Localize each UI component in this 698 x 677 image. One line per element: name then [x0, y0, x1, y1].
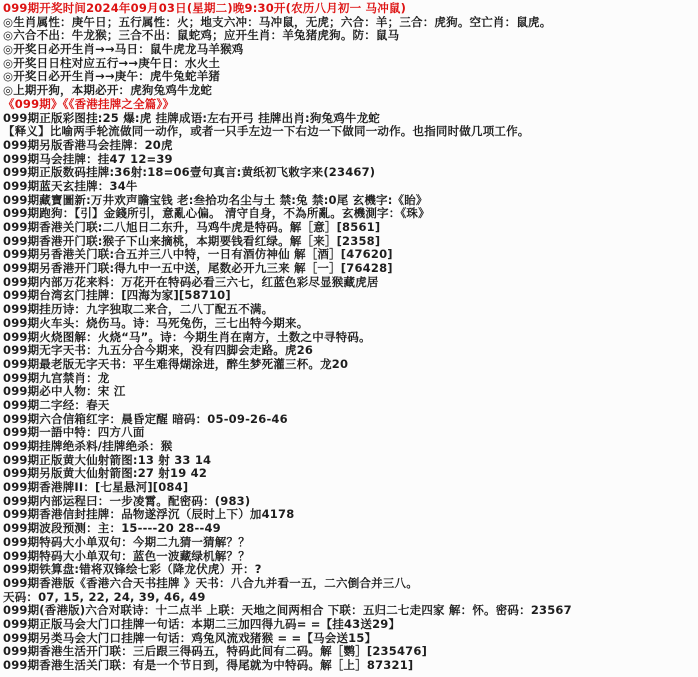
info-line: 099期香港生活关门联：有是一个节日到，得尾就为中特码。解［上］87321]	[3, 659, 698, 673]
info-line: 《099期》《《香港挂牌之全篇》》	[3, 98, 698, 112]
info-line: ◎开奖日必开生肖→→马日：鼠牛虎龙马羊猴鸡	[3, 43, 698, 57]
info-line: ◎上期开狗，本期必开：虎狗兔鸡牛龙蛇	[3, 84, 698, 98]
info-line: 099期火烧图解：火烧“马”。诗：今期生肖在南方，土数之中寻特码。	[3, 331, 698, 345]
info-line: 099期另版香港马会挂牌：20虎	[3, 139, 698, 153]
info-line: 099期另版黄大仙射箭图:27 射19 42	[3, 467, 698, 481]
info-line: ◎六合不出：牛龙猴；三合不出：鼠蛇鸡；应开生肖：羊兔猪虎狗。防：鼠马	[3, 29, 698, 43]
info-line: 099期台湾玄门挂牌：[四海为家][58710]	[3, 289, 698, 303]
info-line: 099期波段预测：主：15----20 28--49	[3, 522, 698, 536]
info-line: 099期二字经：春天	[3, 399, 698, 413]
info-lines: 099期开奖时间2024年09月03日(星期二)晚9:30开(农历八月初一 马冲…	[3, 2, 698, 673]
info-line: 099期另类马会大门口挂牌一句话：鸡兔风流戏猪猴 = =【马会送15】	[3, 632, 698, 646]
info-line: 099期开奖时间2024年09月03日(星期二)晚9:30开(农历八月初一 马冲…	[3, 2, 698, 16]
info-line: 099期香港牌II：[七星悬河][084]	[3, 481, 698, 495]
info-line: 099期蓝天玄挂牌：34牛	[3, 180, 698, 194]
info-line: 099期藏寶圖新:万井欢声瞻宝钱 老:叁拾功名尘与土 禁:兔 禁:0尾 玄機字:…	[3, 194, 698, 208]
info-line: 099期六合信箱红字：晨昏定醒 暗码：05-09-26-46	[3, 413, 698, 427]
info-line: 099期香港信封挂牌：品物遂浮沉（辰时上下）加4178	[3, 508, 698, 522]
info-line: 099期一語中特：四方八面	[3, 426, 698, 440]
info-line: 099期特码大小单双句：蓝色一波藏绿机解？？	[3, 550, 698, 564]
info-line: 099期正版马会大门口挂牌一句话：本期二三加四得九码= =【挂43送29】	[3, 618, 698, 632]
info-line: 099期跑狗：【引】金錢所引，意亂心偏。 清守自身，不為所亂。玄機測字：《珠》	[3, 207, 698, 221]
info-line: 099期铁算盘:错将双锋绘七彩（降龙伏虎）开：?	[3, 563, 698, 577]
info-line: 099期挂牌绝杀料/挂牌绝杀：猴	[3, 440, 698, 454]
info-line: ◎开奖日必开生肖→→庚午：虎牛兔蛇羊猪	[3, 70, 698, 84]
info-line: 099期香港版《香港六合天书挂牌 》天书：八合九并看一五，二六倒合并三八。	[3, 577, 698, 591]
info-line: 099期正版彩图挂:25 爆:虎 挂牌成语:左右开弓 挂牌出肖:狗兔鸡牛龙蛇	[3, 112, 698, 126]
info-line: 099期挂历诗：九字独取二来合，二八丁配五不满。	[3, 303, 698, 317]
info-line: 099期香港开门联:猴子下山来摘桃，本期要钱看红绿。解［来］[2358]	[3, 235, 698, 249]
info-line: 天码：07, 15, 22, 24, 39, 46, 49	[3, 591, 698, 605]
info-line: 099期内部万花来料：万花开在特码必看三六七，红蓝色彩尽显猴藏虎居	[3, 276, 698, 290]
info-line: 【释义】比喻两手轮流做同一动作，或者一只手左边一下右边一下做同一动作。也指同时做…	[3, 125, 698, 139]
info-line: 099期无字天书：九五分合今期来，没有四脚会走路。虎26	[3, 344, 698, 358]
info-line: ◎开奖日日柱对应五行→→庚午日：水火土	[3, 57, 698, 71]
info-line: 099期九宫禁肖：龙	[3, 372, 698, 386]
info-line: 099期香港生活开门联：三后跟三得码五，特码此间有二码。解［鹦］[235476]	[3, 645, 698, 659]
info-line: 099期最老版无字天书：平生难得煳涂进，醉生梦死灌三杯。龙20	[3, 358, 698, 372]
info-line: 099期马会挂牌：挂47 12=39	[3, 153, 698, 167]
info-line: 099期内部运程曰：一步凌霄。配密码：(983)	[3, 495, 698, 509]
info-line: 099期另香港关门联:合五并三八中特，一日有酒仿神仙 解［酒］[47620]	[3, 248, 698, 262]
info-line: 099期正版黄大仙射箭图:13 射 33 14	[3, 454, 698, 468]
info-line: 099期香港关门联:二八旭日二东升，马鸡牛虎是特码。解［意］[8561]	[3, 221, 698, 235]
info-line: 099期(香港版)六合对联诗：十二点半 上联：天地之间两相合 下联：五归二七走四…	[3, 604, 698, 618]
info-line: 099期必中人物：宋 江	[3, 385, 698, 399]
info-line: 099期另香港开门联:得九中一五中送，尾数必开九三来 解［一］[76428]	[3, 262, 698, 276]
info-line: 099期火车头：烧伤马。诗：马死兔伤，三七出特今期来。	[3, 317, 698, 331]
info-line: 099期正版数码挂牌:36射:18=06壹句真言:黄纸初飞敕字来(23467)	[3, 166, 698, 180]
lottery-info-sheet: 099期开奖时间2024年09月03日(星期二)晚9:30开(农历八月初一 马冲…	[0, 0, 698, 677]
info-line: ◎生肖属性：庚午日；五行属性：火；地支六冲：马冲鼠，无虎；六合：羊；三合：虎狗。…	[3, 16, 698, 30]
info-line: 099期特码大小单双句：今期二九猜一猜解？？	[3, 536, 698, 550]
